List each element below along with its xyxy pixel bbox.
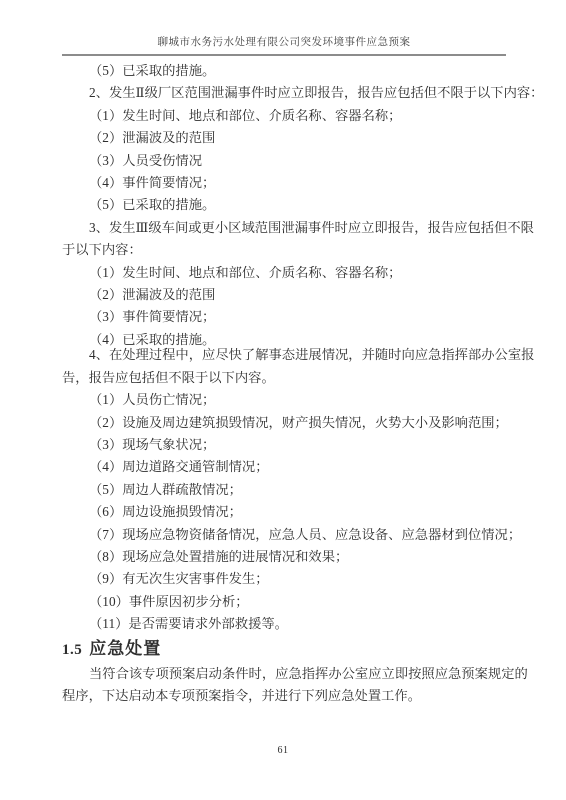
section-heading: 1.5应急处置: [62, 636, 566, 663]
document-line: （3）现场气象状况；: [62, 434, 566, 456]
document-line: （1）发生时间、地点和部位、介质名称、容器名称；: [62, 105, 566, 127]
section-title: 应急处置: [89, 639, 161, 658]
page-number: 61: [278, 745, 289, 756]
document-line: 3、发生Ⅲ级车间或更小区域范围泄漏事件时应立即报告，报告应包括但不限: [62, 217, 566, 239]
document-line: （1）发生时间、地点和部位、介质名称、容器名称；: [62, 262, 566, 284]
document-page: 聊城市水务污水处理有限公司突发环境事件应急预案 （5）已采取的措施。2、发生Ⅱ级…: [0, 0, 566, 800]
document-line: （9）有无次生灾害事件发生；: [62, 568, 566, 590]
document-line: 4、在处理过程中，应尽快了解事态进展情况，并随时向应急指挥部办公室报: [62, 344, 566, 366]
page-header: 聊城市水务污水处理有限公司突发环境事件应急预案: [62, 36, 506, 56]
document-line: （2）泄漏波及的范围: [62, 127, 566, 149]
document-line: （3）事件简要情况；: [62, 306, 566, 328]
document-line: （4）周边道路交通管制情况；: [62, 456, 566, 478]
document-line: 当符合该专项预案启动条件时，应急指挥办公室应立即按照应急预案规定的: [62, 663, 566, 685]
document-line: （5）周边人群疏散情况；: [62, 479, 566, 501]
document-line: 2、发生Ⅱ级厂区范围泄漏事件时应立即报告，报告应包括但不限于以下内容：: [62, 82, 566, 104]
document-line: （10）事件原因初步分析；: [62, 591, 566, 613]
document-line: （7）现场应急物资储备情况，应急人员、应急设备、应急器材到位情况；: [62, 524, 566, 546]
document-line: （1）人员伤亡情况；: [62, 389, 566, 411]
document-line: （5）已采取的措施。: [62, 194, 566, 216]
header-title: 聊城市水务污水处理有限公司突发环境事件应急预案: [62, 36, 506, 49]
document-line: 告，报告应包括但不限于以下内容。: [62, 367, 566, 389]
document-line: （4）事件简要情况；: [62, 172, 566, 194]
document-body: （5）已采取的措施。2、发生Ⅱ级厂区范围泄漏事件时应立即报告，报告应包括但不限于…: [62, 60, 566, 707]
page-footer: 61: [0, 740, 566, 758]
document-line: （8）现场应急处置措施的进展情况和效果；: [62, 546, 566, 568]
document-line: 于以下内容：: [62, 239, 566, 261]
document-line: （3）人员受伤情况: [62, 150, 566, 172]
document-line: （6）周边设施损毁情况；: [62, 501, 566, 523]
document-line: （5）已采取的措施。: [62, 60, 566, 82]
document-line: （11）是否需要请求外部救援等。: [62, 613, 566, 635]
document-line: （2）设施及周边建筑损毁情况，财产损失情况，火势大小及影响范围；: [62, 412, 566, 434]
document-line: 程序，下达启动本专项预案指令，并进行下列应急处置工作。: [62, 685, 566, 707]
section-number: 1.5: [62, 642, 82, 658]
document-line: （2）泄漏波及的范围: [62, 284, 566, 306]
